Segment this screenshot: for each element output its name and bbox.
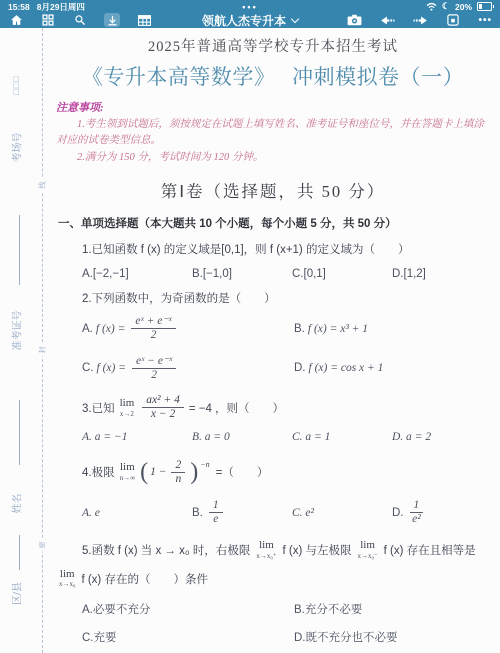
- status-left: 15:58 8月29日周四: [8, 1, 85, 13]
- section-title: 第Ⅰ卷（选择题，共 50 分）: [56, 178, 490, 202]
- q3-fraction: ax² + 4 x − 2: [142, 394, 184, 421]
- q3-text-pre: 3.已知: [82, 400, 115, 416]
- apps-grid-icon[interactable]: [40, 13, 56, 27]
- moon-icon: ☾: [442, 1, 450, 12]
- q3-option-d: D. a = 2: [392, 431, 490, 443]
- q4-option-b: B. 1 e: [192, 499, 292, 526]
- q2-option-b: B. f (x) = x³ + 1: [294, 323, 490, 335]
- q2-c-formula: f (x) =: [97, 362, 126, 374]
- notice-heading: 注意事项:: [56, 100, 490, 117]
- seal-char-mi: 密: [38, 539, 48, 552]
- chevron-down-icon: [291, 14, 299, 22]
- part-title: 一、单项选择题（本大题共 10 个小题，每个小题 5 分，共 50 分）: [58, 215, 490, 231]
- clock: 15:58: [8, 2, 30, 12]
- q4-option-d: D. 1 e²: [392, 499, 490, 526]
- q4-close-paren: ): [190, 462, 198, 482]
- question-1-stem: 1.已知函数 f (x) 的定义域是[0,1]，则 f (x+1) 的定义域为（…: [82, 242, 490, 259]
- download-icon[interactable]: [104, 13, 120, 27]
- home-icon[interactable]: [8, 13, 24, 27]
- q2-b-label: B.: [294, 323, 305, 335]
- exam-room-boxes: □□□: [11, 57, 21, 113]
- q2-b-formula: f (x) = x³ + 1: [308, 323, 368, 335]
- sidebar-label-ticket-number: 准考证号: [9, 301, 24, 361]
- q1-option-a: A.[−2,−1]: [82, 268, 192, 280]
- toolbar: 领航人杰专升本 •••: [0, 12, 500, 28]
- q2-d-formula: f (x) = cos x + 1: [309, 362, 384, 374]
- document-title-button[interactable]: 领航人杰专升本: [202, 12, 298, 29]
- document-title-label: 领航人杰专升本: [202, 12, 286, 29]
- q4-b-label: B.: [192, 507, 203, 519]
- q5-text-2: f (x) 与左极限: [282, 542, 351, 558]
- seal-dashed-line: [42, 28, 43, 653]
- q3-text-post: = −4 ，则（ ）: [189, 400, 284, 416]
- paper-title-line1: 2025年普通高等学校专升本招生考试: [56, 35, 490, 56]
- q1-option-b: B.[−1,0]: [192, 268, 292, 280]
- undo-arrow-icon[interactable]: [379, 13, 395, 27]
- q5-option-b: B.充分不必要: [294, 601, 490, 617]
- sidebar-rule-line: [19, 215, 20, 285]
- toolbar-right: •••: [346, 13, 492, 27]
- question-3-stem: 3.已知 lim x→2 ax² + 4 x − 2 = −4 ，则（ ）: [82, 394, 490, 421]
- q5-limit: lim x→x₀: [59, 569, 75, 589]
- q3-option-a: A. a = −1: [82, 431, 192, 443]
- multitask-dots[interactable]: •••: [242, 2, 257, 12]
- status-bar: 15:58 8月29日周四 ••• ☾ 20%: [0, 0, 500, 12]
- q2-d-label: D.: [294, 362, 306, 374]
- top-bar: 15:58 8月29日周四 ••• ☾ 20%: [0, 0, 500, 28]
- q2-c-fraction: eˣ − e⁻ˣ 2: [132, 355, 176, 382]
- question-3-options: A. a = −1 B. a = 0 C. a = 1 D. a = 2: [82, 431, 490, 443]
- q2-option-a: A. f (x) = eˣ + e⁻ˣ 2: [82, 315, 294, 342]
- q2-option-c: C. f (x) = eˣ − e⁻ˣ 2: [82, 355, 294, 382]
- toolbar-left: [8, 13, 152, 27]
- question-5-stem-line2: lim x→x₀ f (x) 存在的（ ）条件: [56, 569, 490, 589]
- battery-icon: [477, 2, 492, 11]
- notice-item-2: 2.满分为 150 分，考试时间为 120 分钟。: [56, 150, 490, 166]
- page-view-icon[interactable]: [445, 13, 461, 27]
- q5-text-1: 5.函数 f (x) 当 x → x₀ 时，右极限: [82, 542, 250, 558]
- q3-option-b: B. a = 0: [192, 431, 292, 443]
- q4-inner-text: 1 −: [150, 466, 166, 478]
- document-page: 线 封 密 □□□ 考场号 准考证号 姓名 区/县 2025年普通高等学校专升本…: [0, 28, 500, 653]
- q5-left-limit: lim x→x₀⁻: [357, 540, 377, 560]
- redo-arrow-icon[interactable]: [412, 13, 428, 27]
- sidebar-rule-line: [19, 400, 20, 465]
- q2-a-label: A.: [82, 323, 93, 335]
- q2-a-fraction: eˣ + e⁻ˣ 2: [131, 315, 175, 342]
- q4-d-label: D.: [392, 507, 404, 519]
- q4-text-post: =（ ）: [216, 464, 269, 480]
- q4-open-paren: (: [140, 462, 148, 482]
- q5-right-limit: lim x→x₀⁺: [256, 540, 276, 560]
- sidebar-label-district: 区/县: [9, 564, 24, 624]
- battery-percent: 20%: [455, 2, 472, 12]
- seal-char-feng: 封: [38, 344, 48, 357]
- q1-option-d: D.[1,2]: [392, 268, 490, 280]
- question-1-options: A.[−2,−1] B.[−1,0] C.[0,1] D.[1,2]: [82, 268, 490, 280]
- q5-option-a: A.必要不充分: [82, 601, 294, 617]
- question-4-options: A. e B. 1 e C. e² D. 1 e²: [82, 499, 490, 526]
- more-options-icon[interactable]: •••: [478, 15, 492, 26]
- sidebar-label-name: 姓名: [9, 474, 24, 534]
- paper-content: 2025年普通高等学校专升本招生考试 《专升本高等数学》 冲刺模拟卷（一） 注意…: [56, 28, 490, 645]
- date: 8月29日周四: [37, 1, 85, 13]
- q5-text-4: f (x) 存在的（ ）条件: [81, 571, 208, 587]
- q2-option-d: D. f (x) = cos x + 1: [294, 362, 490, 374]
- q5-text-3: f (x) 存在且相等是: [384, 542, 476, 558]
- table-icon[interactable]: [136, 13, 152, 27]
- question-2-stem: 2.下列函数中，为奇函数的是（ ）: [82, 291, 490, 308]
- q5-option-d: D.既不充分也不必要: [294, 629, 490, 645]
- question-5-stem-line1: 5.函数 f (x) 当 x → x₀ 时，右极限 lim x→x₀⁺ f (x…: [82, 540, 490, 560]
- q4-text-pre: 4.极限: [82, 464, 115, 480]
- q4-d-fraction: 1 e²: [410, 499, 424, 526]
- q3-option-c: C. a = 1: [292, 431, 392, 443]
- q2-c-label: C.: [82, 362, 94, 374]
- q4-inner-fraction: 2 n: [171, 459, 185, 486]
- q2-a-formula: f (x) =: [96, 323, 125, 335]
- question-2-options: A. f (x) = eˣ + e⁻ˣ 2 B. f (x) = x³ + 1 …: [82, 315, 490, 382]
- question-4-stem: 4.极限 lim n→∞ ( 1 − 2 n ) −n =（ ）: [82, 459, 490, 486]
- search-icon[interactable]: [72, 13, 88, 27]
- seal-char-xian: 线: [38, 179, 48, 192]
- q4-limit: lim n→∞: [120, 462, 136, 482]
- q4-exponent: −n: [200, 460, 209, 469]
- question-5-options: A.必要不充分 B.充分不必要 C.充要 D.既不充分也不必要: [82, 601, 490, 645]
- q4-b-fraction: 1 e: [209, 499, 223, 526]
- tablet-screen: 15:58 8月29日周四 ••• ☾ 20%: [0, 0, 500, 653]
- q1-option-c: C.[0,1]: [292, 268, 392, 280]
- paper-title-line2: 《专升本高等数学》 冲刺模拟卷（一）: [56, 61, 490, 91]
- q5-option-c: C.充要: [82, 629, 294, 645]
- q4-option-a: A. e: [82, 507, 192, 519]
- camera-icon[interactable]: [346, 13, 362, 27]
- notice-block: 注意事项: 1.考生领到试题后，须按规定在试题上填写姓名、准考证号和座位号，并在…: [56, 100, 490, 166]
- q4-option-c: C. e²: [292, 507, 392, 519]
- sidebar-label-exam-room: 考场号: [9, 118, 24, 178]
- q3-limit: lim x→2: [120, 398, 135, 418]
- notice-item-1: 1.考生领到试题后，须按规定在试题上填写姓名、准考证号和座位号，并在答题卡上填涂…: [56, 117, 490, 150]
